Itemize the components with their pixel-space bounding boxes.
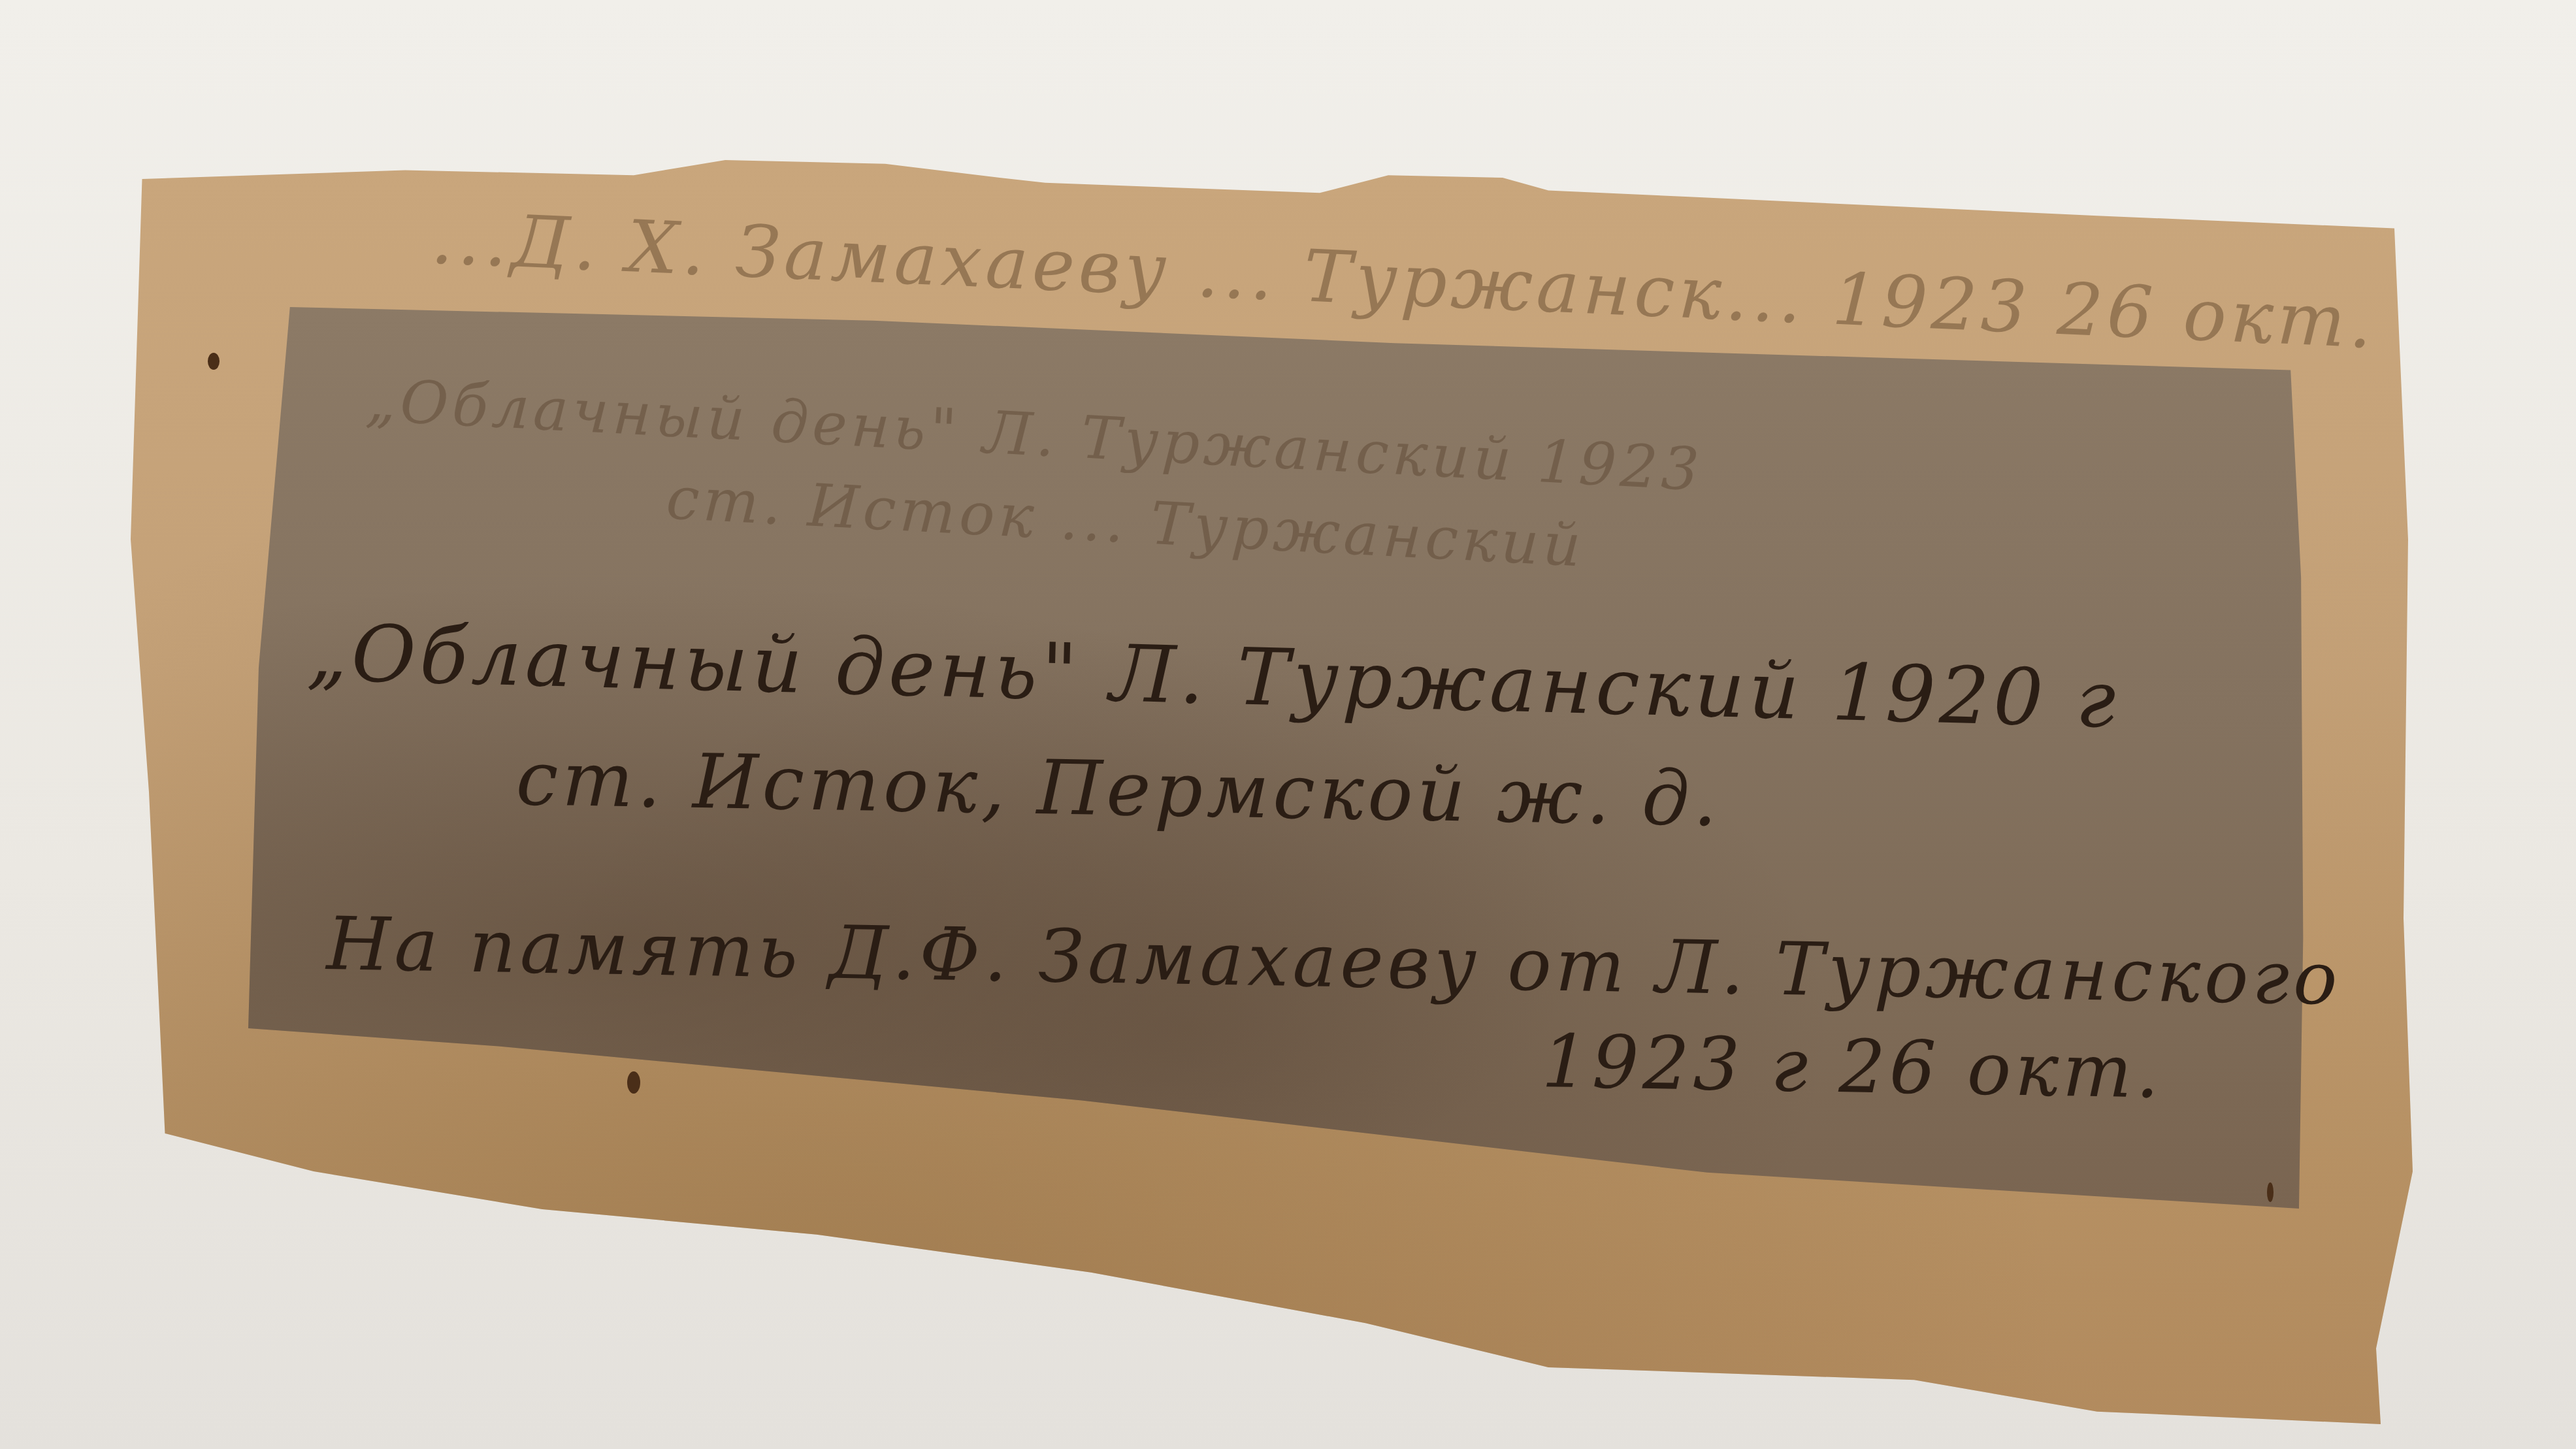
ink-spot [627, 1071, 640, 1094]
ink-spot [208, 353, 220, 370]
date-line: 1923 г 26 окт. [1541, 1019, 2164, 1115]
ink-spot [2267, 1182, 2274, 1202]
